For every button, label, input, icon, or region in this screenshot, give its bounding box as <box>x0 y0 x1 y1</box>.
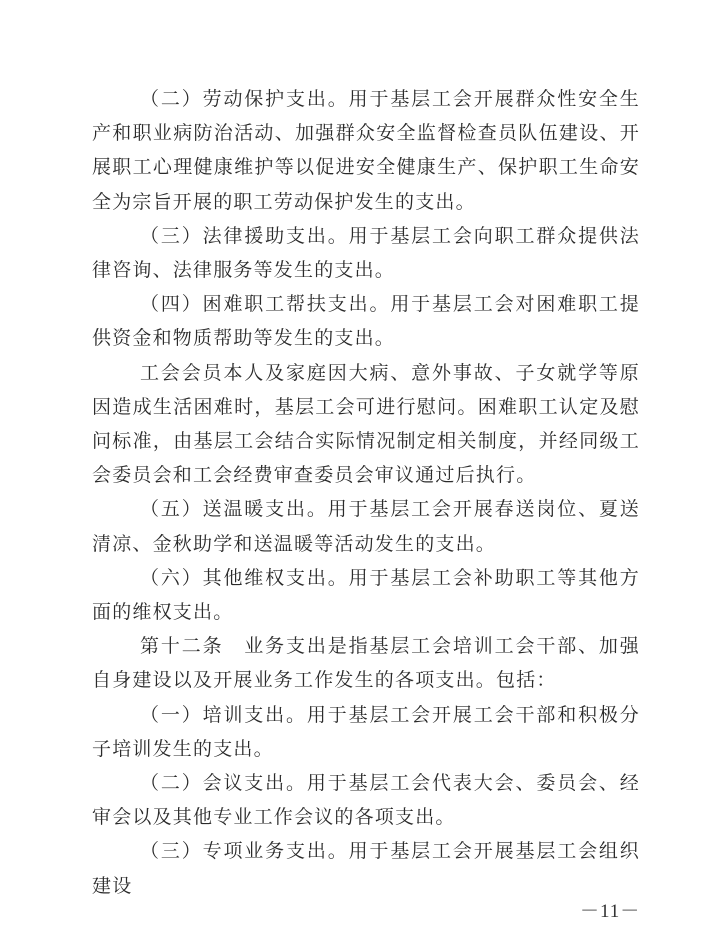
paragraph-article-12: 第十二条 业务支出是指基层工会培训工会干部、加强自身建设以及开展业务工作发生的各… <box>92 629 640 697</box>
paragraph-labor-protection: （二）劳动保护支出。用于基层工会开展群众性安全生产和职业病防治活动、加强群众安全… <box>92 82 640 219</box>
paragraph-meetings: （二）会议支出。用于基层工会代表大会、委员会、经审会以及其他专业工作会议的各项支… <box>92 766 640 834</box>
paragraph-training: （一）培训支出。用于基层工会开展工会干部和积极分子培训发生的支出。 <box>92 698 640 766</box>
page-number: －11－ <box>580 896 640 923</box>
paragraph-member-condolence: 工会会员本人及家庭因大病、意外事故、子女就学等原因造成生活困难时，基层工会可进行… <box>92 356 640 493</box>
paragraph-special-business: （三）专项业务支出。用于基层工会开展基层工会组织建设 <box>92 834 640 902</box>
paragraph-hardship-assistance: （四）困难职工帮扶支出。用于基层工会对困难职工提供资金和物质帮助等发生的支出。 <box>92 287 640 355</box>
paragraph-legal-aid: （三）法律援助支出。用于基层工会向职工群众提供法律咨询、法律服务等发生的支出。 <box>92 219 640 287</box>
paragraph-warmth-delivery: （五）送温暖支出。用于基层工会开展春送岗位、夏送清凉、金秋助学和送温暖等活动发生… <box>92 492 640 560</box>
paragraph-other-rights: （六）其他维权支出。用于基层工会补助职工等其他方面的维权支出。 <box>92 561 640 629</box>
document-body: （二）劳动保护支出。用于基层工会开展群众性安全生产和职业病防治活动、加强群众安全… <box>92 82 640 903</box>
